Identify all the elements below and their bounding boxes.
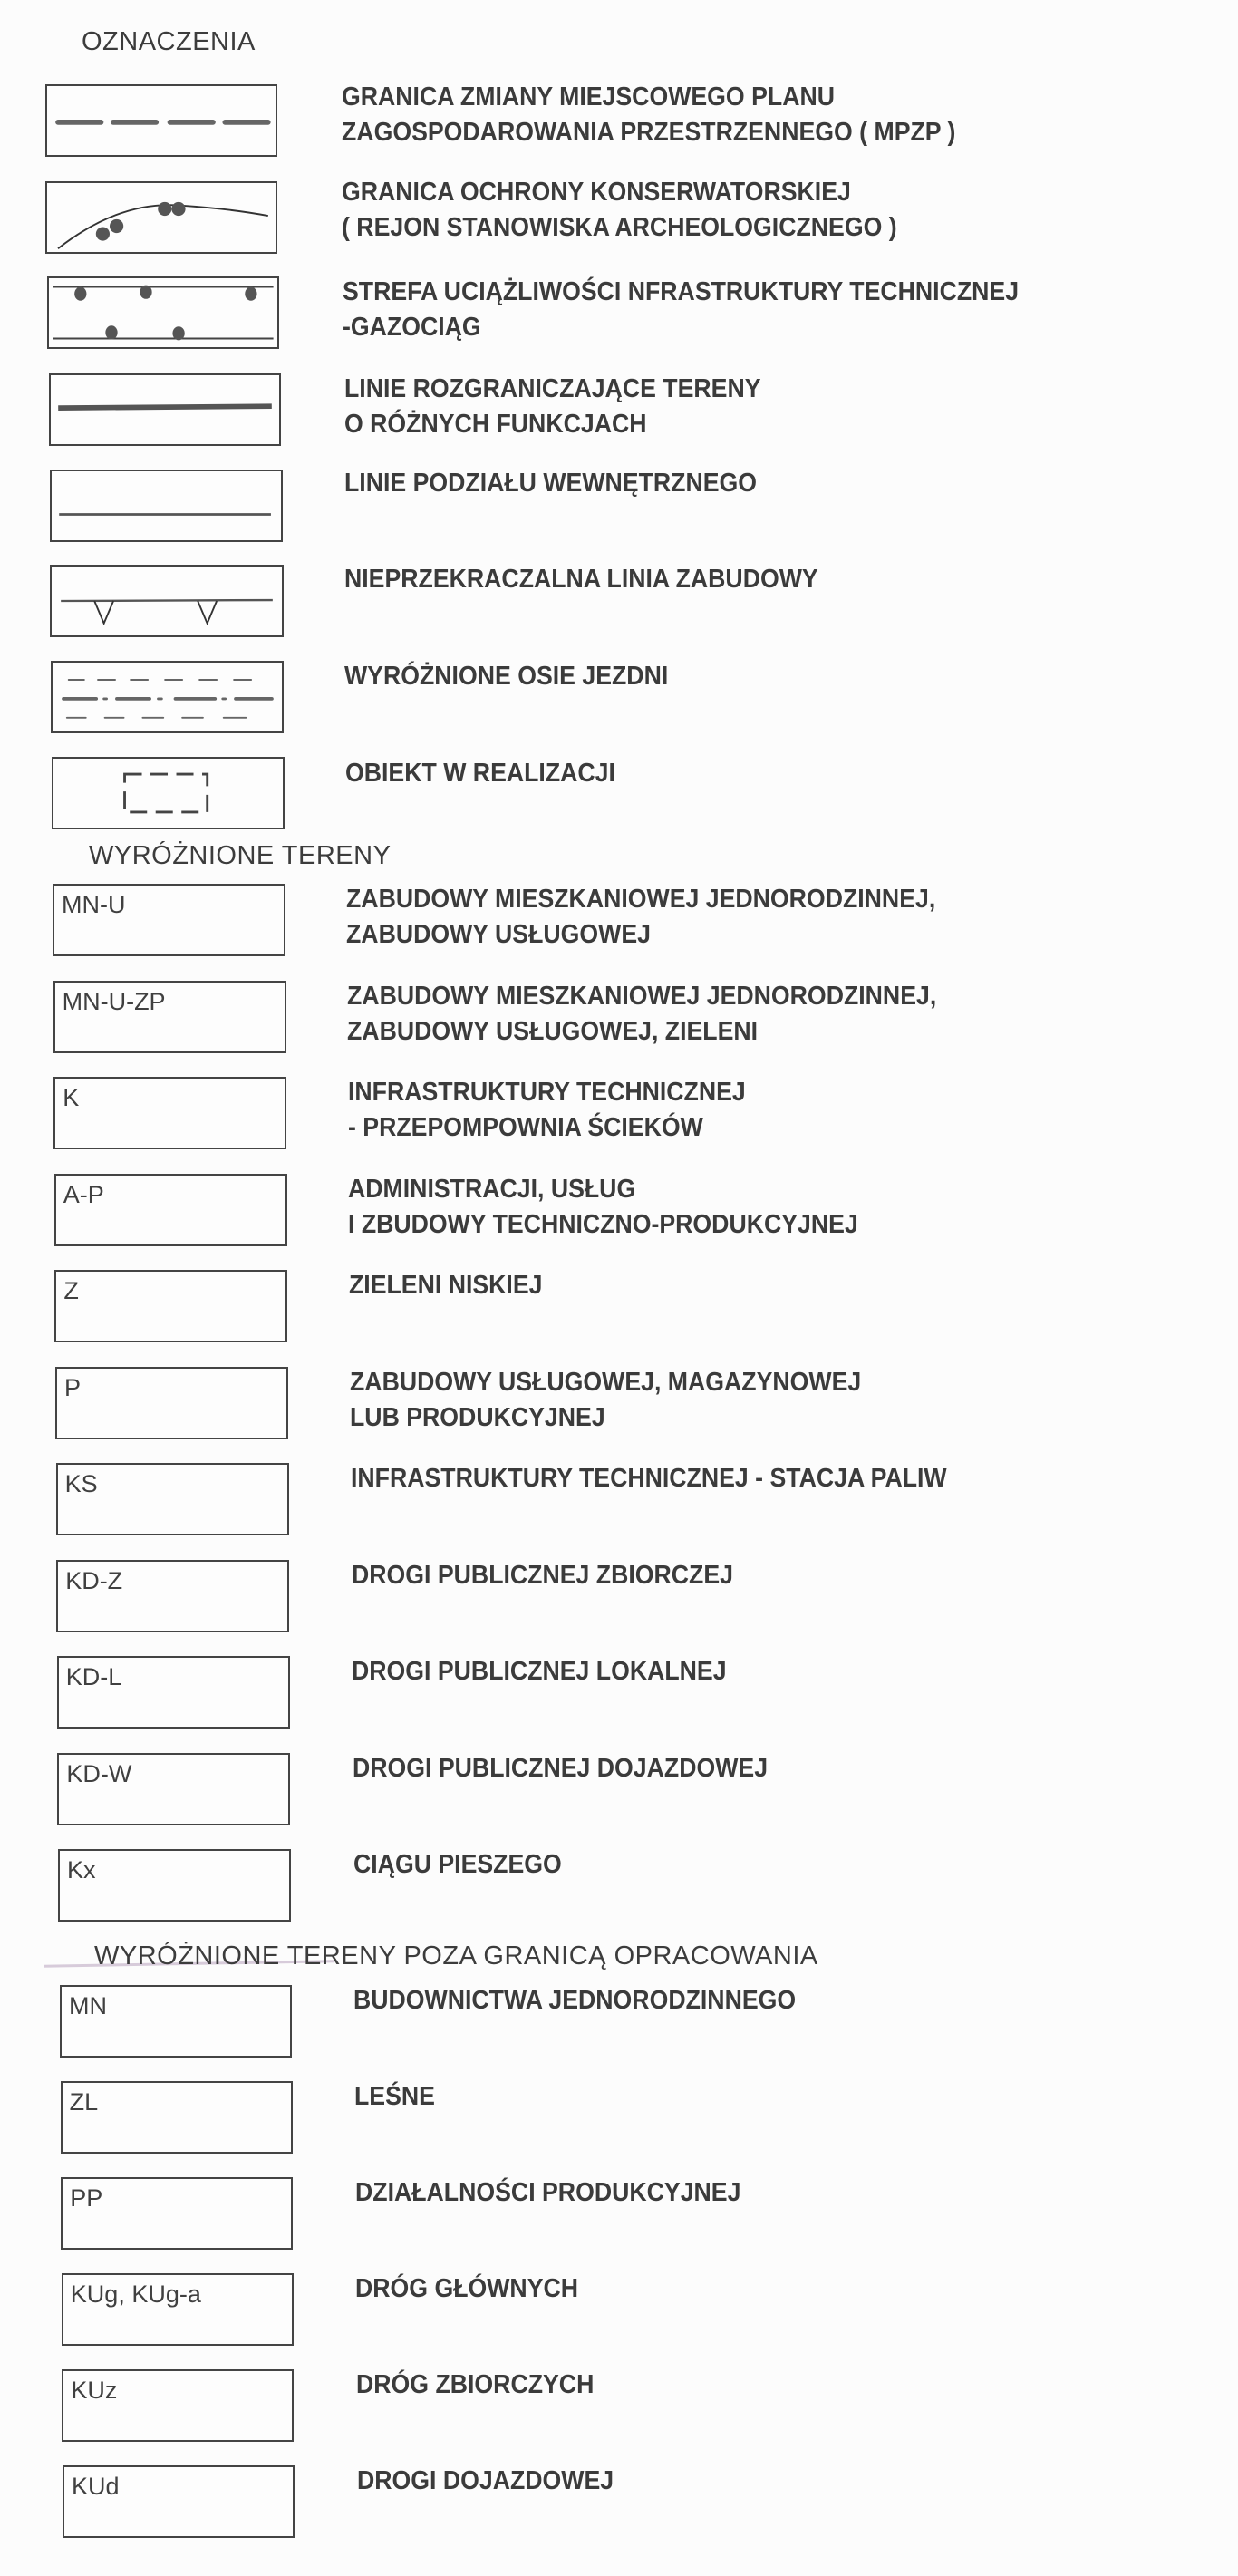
area-code-box: KUg, KUg-a bbox=[62, 2273, 294, 2346]
area-code: KUd bbox=[72, 2473, 120, 2501]
area-description: INFRASTRUKTURY TECHNICZNEJ- PRZEPOMPOWNI… bbox=[348, 1075, 746, 1146]
area-description-line: ADMINISTRACJI, USŁUG bbox=[348, 1172, 858, 1207]
area-code-box: MN-U-ZP bbox=[53, 981, 286, 1053]
area-description: ZABUDOWY USŁUGOWEJ, MAGAZYNOWEJLUB PRODU… bbox=[350, 1365, 861, 1436]
area-description-line: LEŚNE bbox=[354, 2079, 435, 2115]
area-description-line: ZABUDOWY MIESZKANIOWEJ JEDNORODZINNEJ, bbox=[346, 882, 935, 917]
area-description: INFRASTRUKTURY TECHNICZNEJ - STACJA PALI… bbox=[351, 1461, 947, 1496]
area-code: Z bbox=[63, 1277, 79, 1305]
area-code: ZL bbox=[70, 2088, 99, 2116]
symbol-conservation-boundary-icon bbox=[45, 181, 277, 254]
area-description: LEŚNE bbox=[354, 2079, 435, 2115]
area-code-box: MN bbox=[60, 1985, 292, 2058]
area-description: DROGI PUBLICZNEJ DOJAZDOWEJ bbox=[353, 1751, 768, 1787]
area-description-line: ZABUDOWY USŁUGOWEJ bbox=[346, 917, 935, 953]
area-code-box: PP bbox=[61, 2177, 293, 2250]
symbol-road-axes-icon bbox=[51, 661, 284, 733]
area-description: ZABUDOWY MIESZKANIOWEJ JEDNORODZINNEJ,ZA… bbox=[347, 979, 936, 1050]
area-description: CIĄGU PIESZEGO bbox=[353, 1847, 562, 1883]
area-code-box: Z bbox=[54, 1270, 287, 1342]
area-description-line: ZIELENI NISKIEJ bbox=[349, 1268, 542, 1303]
area-description: ZIELENI NISKIEJ bbox=[349, 1268, 542, 1303]
area-description-line: - PRZEPOMPOWNIA ŚCIEKÓW bbox=[348, 1110, 746, 1146]
area-description-line: DRÓG GŁÓWNYCH bbox=[355, 2271, 578, 2307]
area-description: DROGI PUBLICZNEJ LOKALNEJ bbox=[352, 1654, 727, 1690]
area-description-line: ZABUDOWY USŁUGOWEJ, MAGAZYNOWEJ bbox=[350, 1365, 861, 1400]
area-code-box: KD-W bbox=[57, 1753, 290, 1825]
area-description-line: BUDOWNICTWA JEDNORODZINNEGO bbox=[353, 1983, 796, 2019]
symbol-building-line-icon bbox=[50, 565, 284, 637]
area-code: MN bbox=[69, 1992, 107, 2020]
desc-conservation-boundary: GRANICA OCHRONY KONSERWATORSKIEJ( REJON … bbox=[342, 175, 897, 246]
area-description-line: DRÓG ZBIORCZYCH bbox=[356, 2368, 594, 2403]
desc-gas-pipeline-zone: STREFA UCIĄŻLIWOŚCI NFRASTRUKTURY TECHNI… bbox=[343, 275, 1019, 345]
legend-title: OZNACZENIA bbox=[82, 27, 256, 57]
area-code-box: ZL bbox=[61, 2081, 293, 2154]
area-code-box: K bbox=[53, 1077, 286, 1149]
area-code: PP bbox=[70, 2184, 102, 2213]
area-description-line: DROGI PUBLICZNEJ LOKALNEJ bbox=[352, 1654, 727, 1690]
symbol-object-in-progress-icon bbox=[52, 757, 285, 829]
area-description-line: INFRASTRUKTURY TECHNICZNEJ - STACJA PALI… bbox=[351, 1461, 947, 1496]
area-description-line: CIĄGU PIESZEGO bbox=[353, 1847, 562, 1883]
section-outside-title: WYRÓŻNIONE TERENY POZA GRANICĄ OPRACOWAN… bbox=[94, 1942, 818, 1971]
symbol-gas-pipeline-zone-icon bbox=[47, 276, 279, 349]
area-description: DROGI DOJAZDOWEJ bbox=[357, 2464, 614, 2499]
area-description: ADMINISTRACJI, USŁUGI ZBUDOWY TECHNICZNO… bbox=[348, 1172, 858, 1243]
area-code-box: KUd bbox=[63, 2465, 295, 2538]
area-code: MN-U bbox=[62, 891, 125, 919]
desc-mpzp-boundary: GRANICA ZMIANY MIEJSCOWEGO PLANUZAGOSPOD… bbox=[342, 80, 955, 150]
area-code-box: A-P bbox=[54, 1174, 287, 1246]
area-code: P bbox=[64, 1374, 81, 1402]
area-code-box: KD-L bbox=[57, 1656, 290, 1729]
area-code: KUz bbox=[71, 2377, 117, 2405]
desc-boundary-lines: LINIE ROZGRANICZAJĄCE TERENYO RÓŻNYCH FU… bbox=[344, 372, 761, 442]
area-description: ZABUDOWY MIESZKANIOWEJ JEDNORODZINNEJ,ZA… bbox=[346, 882, 935, 953]
area-code: K bbox=[63, 1084, 79, 1112]
area-description-line: LUB PRODUKCYJNEJ bbox=[350, 1400, 861, 1436]
area-code-box: MN-U bbox=[53, 884, 285, 956]
section-areas-title: WYRÓŻNIONE TERENY bbox=[89, 841, 391, 871]
desc-building-line: NIEPRZEKRACZALNA LINIA ZABUDOWY bbox=[344, 562, 818, 597]
area-code: KD-L bbox=[66, 1663, 122, 1691]
area-code-box: P bbox=[55, 1367, 288, 1439]
desc-internal-division: LINIE PODZIAŁU WEWNĘTRZNEGO bbox=[344, 466, 757, 501]
area-code: KS bbox=[65, 1470, 98, 1498]
area-description-line: I ZBUDOWY TECHNICZNO-PRODUKCYJNEJ bbox=[348, 1207, 858, 1243]
area-code: Kx bbox=[67, 1856, 96, 1884]
area-description-line: ZABUDOWY USŁUGOWEJ, ZIELENI bbox=[347, 1014, 936, 1050]
area-code: MN-U-ZP bbox=[63, 988, 166, 1016]
symbol-mpzp-boundary-icon bbox=[45, 84, 277, 157]
area-description: DRÓG GŁÓWNYCH bbox=[355, 2271, 578, 2307]
area-code: KD-Z bbox=[65, 1567, 122, 1595]
area-code-box: KD-Z bbox=[56, 1560, 289, 1632]
area-description-line: DZIAŁALNOŚCI PRODUKCYJNEJ bbox=[355, 2175, 740, 2211]
area-code-box: KUz bbox=[62, 2369, 294, 2442]
desc-object-in-progress: OBIEKT W REALIZACJI bbox=[345, 756, 615, 791]
area-description-line: DROGI PUBLICZNEJ DOJAZDOWEJ bbox=[353, 1751, 768, 1787]
area-description-line: DROGI DOJAZDOWEJ bbox=[357, 2464, 614, 2499]
area-description-line: DROGI PUBLICZNEJ ZBIORCZEJ bbox=[352, 1558, 733, 1593]
area-description-line: ZABUDOWY MIESZKANIOWEJ JEDNORODZINNEJ, bbox=[347, 979, 936, 1014]
desc-road-axes: WYRÓŻNIONE OSIE JEZDNI bbox=[344, 659, 668, 694]
area-description: DRÓG ZBIORCZYCH bbox=[356, 2368, 594, 2403]
area-description: BUDOWNICTWA JEDNORODZINNEGO bbox=[353, 1983, 796, 2019]
area-code: A-P bbox=[63, 1181, 104, 1209]
area-code: KD-W bbox=[66, 1760, 131, 1788]
area-description: DROGI PUBLICZNEJ ZBIORCZEJ bbox=[352, 1558, 733, 1593]
area-code-box: KS bbox=[56, 1463, 289, 1535]
symbol-boundary-lines-icon bbox=[49, 373, 281, 446]
symbol-internal-division-icon bbox=[50, 470, 283, 542]
area-code-box: Kx bbox=[58, 1849, 291, 1922]
area-code: KUg, KUg-a bbox=[71, 2281, 201, 2309]
area-description: DZIAŁALNOŚCI PRODUKCYJNEJ bbox=[355, 2175, 740, 2211]
area-description-line: INFRASTRUKTURY TECHNICZNEJ bbox=[348, 1075, 746, 1110]
